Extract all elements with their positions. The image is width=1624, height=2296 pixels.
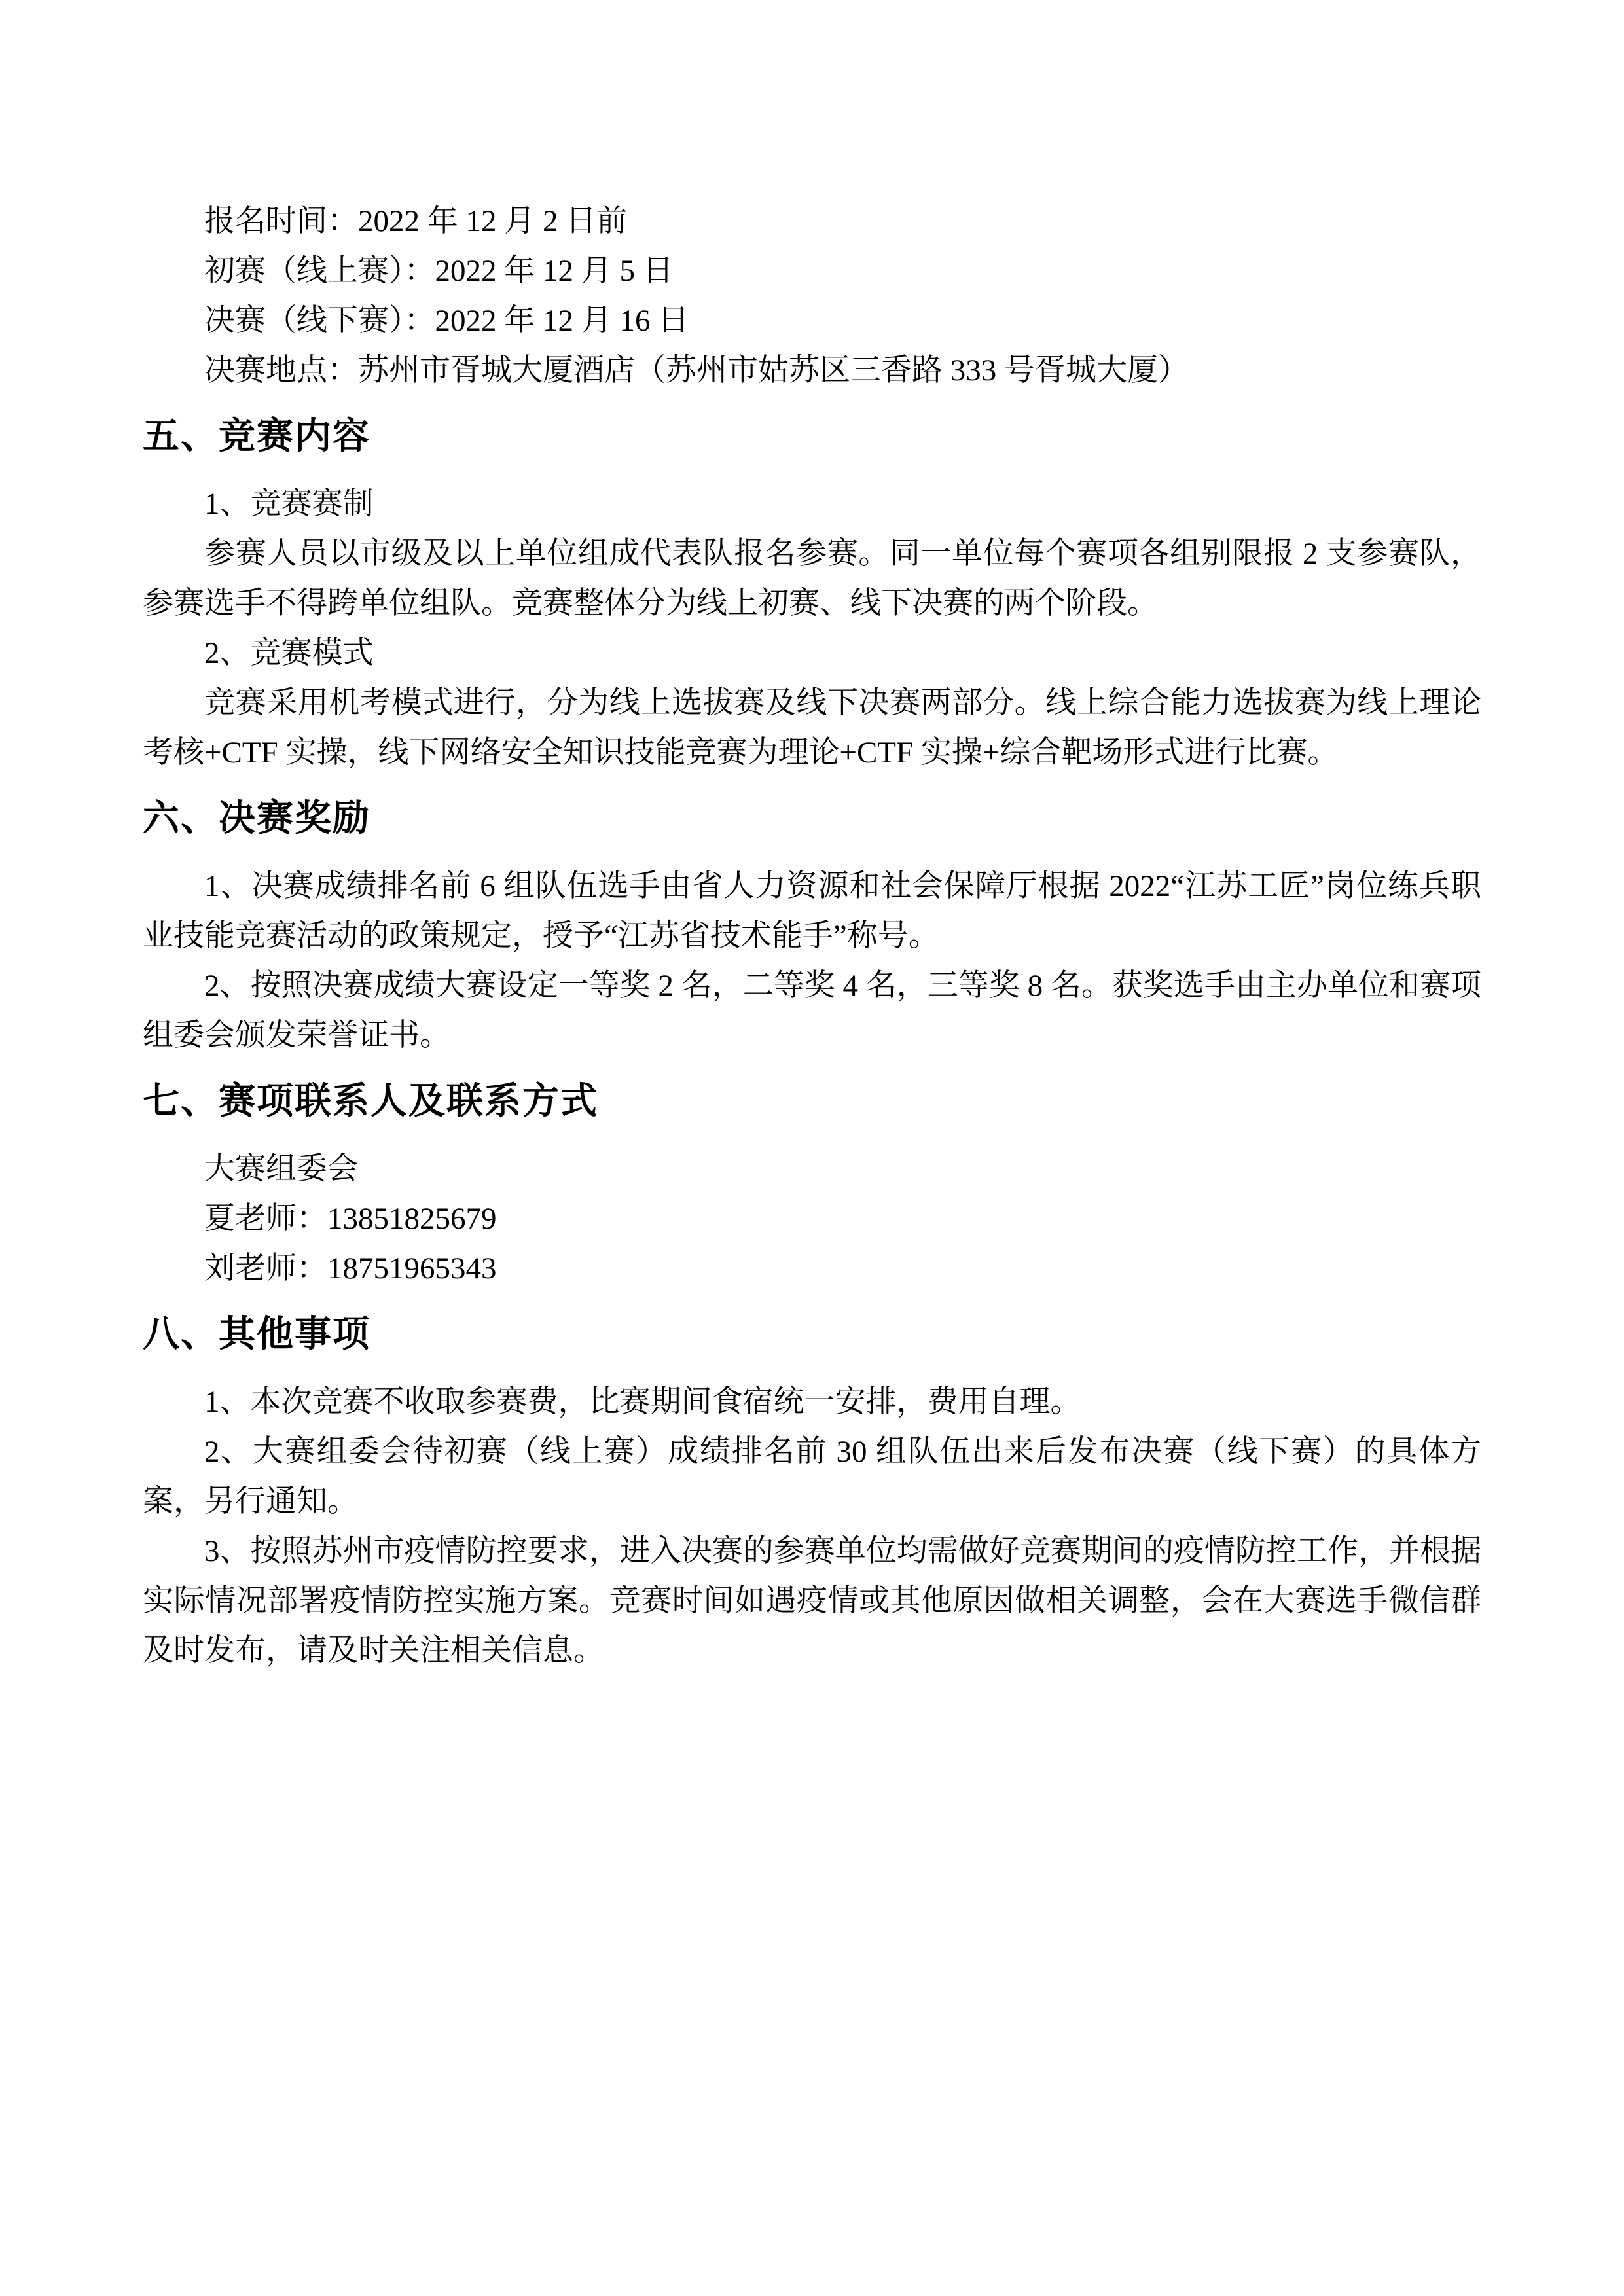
line-final-date: 决赛（线下赛）：2022 年 12 月 16 日	[143, 296, 1481, 346]
section-heading-other-matters: 八、其他事项	[143, 1306, 1481, 1361]
para-competition-mode-body: 竞赛采用机考模式进行，分为线上选拔赛及线下决赛两部分。线上综合能力选拔赛为线上理…	[143, 678, 1481, 778]
section-heading-contacts: 七、赛项联系人及联系方式	[143, 1073, 1481, 1128]
para-competition-mode-title: 2、竞赛模式	[143, 628, 1481, 678]
para-other-final-plan: 2、大赛组委会待初赛（线上赛）成绩排名前 30 组队伍出来后发布决赛（线下赛）的…	[143, 1427, 1481, 1526]
para-other-fees: 1、本次竞赛不收取参赛费，比赛期间食宿统一安排，费用自理。	[143, 1377, 1481, 1427]
para-award-title-honor: 1、决赛成绩排名前 6 组队伍选手由省人力资源和社会保障厅根据 2022“江苏工…	[143, 861, 1481, 961]
para-award-prizes: 2、按照决赛成绩大赛设定一等奖 2 名，二等奖 4 名，三等奖 8 名。获奖选手…	[143, 961, 1481, 1060]
document-content: 报名时间：2022 年 12 月 2 日前 初赛（线上赛）：2022 年 12 …	[143, 196, 1481, 1676]
contact-teacher-liu-line: 刘老师：18751965343	[143, 1244, 1481, 1293]
contact-committee-line: 大赛组委会	[143, 1144, 1481, 1194]
line-preliminary-date: 初赛（线上赛）：2022 年 12 月 5 日	[143, 246, 1481, 296]
contact-teacher-xia-line: 夏老师：13851825679	[143, 1194, 1481, 1244]
document-page: 报名时间：2022 年 12 月 2 日前 初赛（线上赛）：2022 年 12 …	[0, 0, 1624, 2296]
section-heading-competition-content: 五、竞赛内容	[143, 408, 1481, 463]
line-final-venue: 决赛地点：苏州市胥城大厦酒店（苏州市姑苏区三香路 333 号胥城大厦）	[143, 346, 1481, 395]
para-competition-format-body: 参赛人员以市级及以上单位组成代表队报名参赛。同一单位每个赛项各组别限报 2 支参…	[143, 529, 1481, 628]
para-other-epidemic-control: 3、按照苏州市疫情防控要求，进入决赛的参赛单位均需做好竞赛期间的疫情防控工作，并…	[143, 1526, 1481, 1676]
line-registration-deadline: 报名时间：2022 年 12 月 2 日前	[143, 196, 1481, 246]
section-heading-final-awards: 六、决赛奖励	[143, 791, 1481, 846]
para-competition-format-title: 1、竞赛赛制	[143, 479, 1481, 529]
